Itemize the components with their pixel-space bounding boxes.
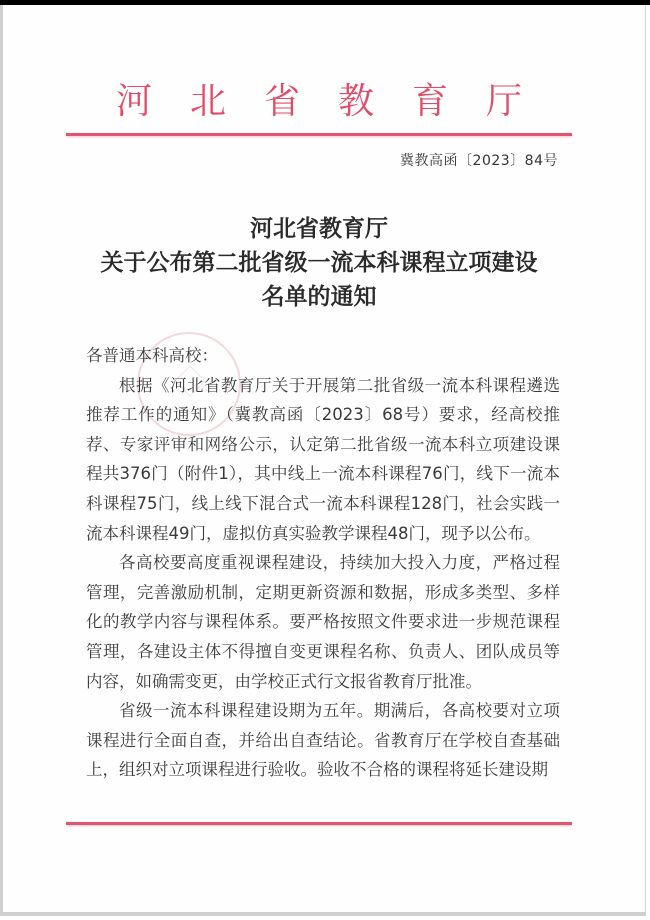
document-title: 河北省教育厅 关于公布第二批省级一流本科课程立项建设 名单的通知	[66, 212, 572, 314]
footer-red-rule	[66, 822, 572, 825]
salutation: 各普通本科高校：	[86, 341, 560, 371]
letterhead-char: 厅	[486, 80, 522, 124]
letterhead-char: 教	[338, 80, 374, 124]
document-reference-number: 冀教高函〔2023〕84号	[400, 150, 558, 170]
body-paragraph: 各高校要高度重视课程建设，持续加大投入力度，严格过程管理，完善激励机制，定期更新…	[86, 548, 560, 696]
letterhead-char: 省	[264, 80, 300, 124]
header-red-rule	[66, 133, 572, 136]
body-paragraph: 根据《河北省教育厅关于开展第二批省级一流本科课程遴选推荐工作的通知》（冀教高函〔…	[86, 371, 560, 549]
title-line-2: 关于公布第二批省级一流本科课程立项建设	[66, 246, 572, 280]
agency-letterhead: 河北省教育厅	[66, 80, 572, 124]
letterhead-char: 育	[412, 80, 448, 124]
body-paragraph: 省级一流本科课程建设期为五年。期满后，各高校要对立项课程进行全面自查，并给出自查…	[86, 696, 560, 785]
document-body: 各普通本科高校： 根据《河北省教育厅关于开展第二批省级一流本科课程遴选推荐工作的…	[86, 341, 560, 785]
letterhead-char: 河	[116, 80, 152, 124]
title-line-3: 名单的通知	[66, 280, 572, 314]
title-line-1: 河北省教育厅	[66, 212, 572, 246]
letterhead-char: 北	[190, 80, 226, 124]
